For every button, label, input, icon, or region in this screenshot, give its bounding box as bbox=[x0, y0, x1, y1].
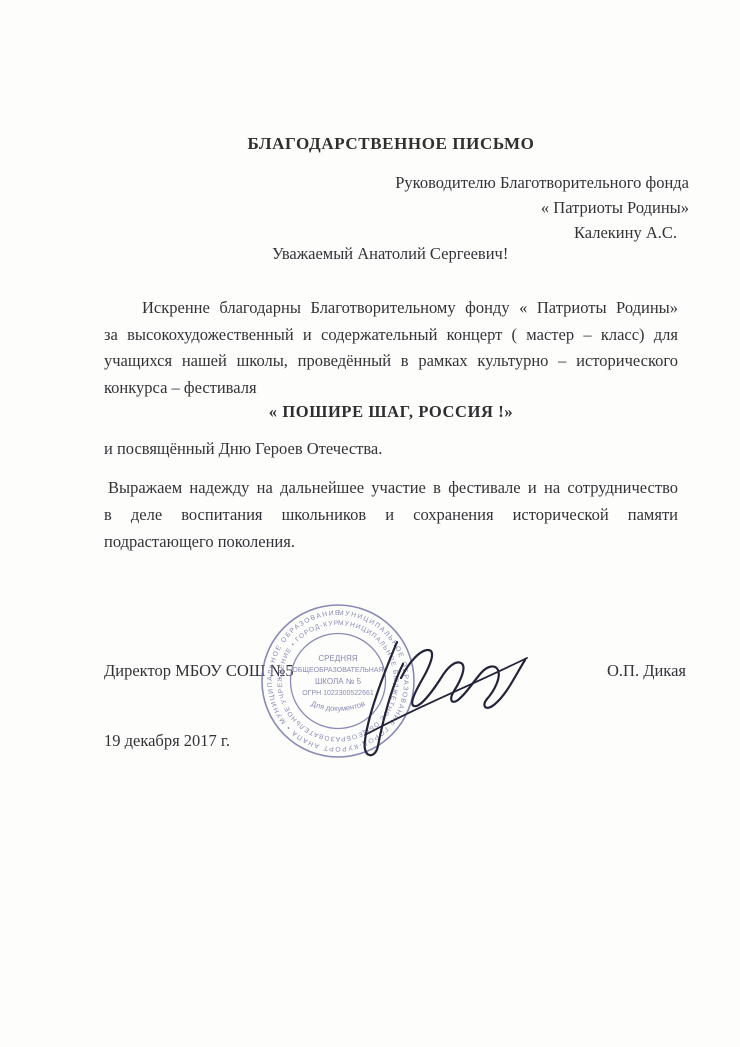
letter-date: 19 декабря 2017 г. bbox=[104, 731, 230, 751]
recipient-block: Руководителю Благотворительного фонда « … bbox=[395, 170, 689, 245]
recipient-line-2: « Патриоты Родины» bbox=[395, 195, 689, 220]
recipient-line-3: Калекину А.С. bbox=[395, 220, 677, 245]
body-paragraph-1: Искренне благодарны Благотворительному ф… bbox=[104, 295, 678, 401]
salutation: Уважаемый Анатолий Сергеевич! bbox=[272, 244, 508, 264]
letter-title: БЛАГОДАРСТВЕННОЕ ПИСЬМО bbox=[104, 134, 678, 154]
dedication-line: и посвящённый Дню Героев Отечества. bbox=[104, 439, 382, 459]
paragraph-line: Выражаем надежду на дальнейшее участие в… bbox=[104, 474, 678, 501]
handwritten-signature bbox=[335, 600, 545, 775]
paragraph-line: Искренне благодарны Благотворительному ф… bbox=[104, 295, 678, 322]
paragraph-line: конкурса – фестиваля bbox=[104, 375, 678, 402]
paragraph-line: подрастающего поколения. bbox=[104, 528, 678, 555]
scanned-letter-page: БЛАГОДАРСТВЕННОЕ ПИСЬМО Руководителю Бла… bbox=[0, 0, 740, 1047]
recipient-line-1: Руководителю Благотворительного фонда bbox=[395, 170, 689, 195]
paragraph-line: учащихся нашей школы, проведённый в рамк… bbox=[104, 348, 678, 375]
paragraph-line: в деле воспитания школьников и сохранени… bbox=[104, 501, 678, 528]
body-paragraph-2: Выражаем надежду на дальнейшее участие в… bbox=[104, 474, 678, 555]
festival-slogan: « ПОШИРЕ ШАГ, РОССИЯ !» bbox=[104, 402, 678, 422]
paragraph-line: за высокохудожественный и содержательный… bbox=[104, 322, 678, 349]
director-name: О.П. Дикая bbox=[607, 661, 686, 681]
